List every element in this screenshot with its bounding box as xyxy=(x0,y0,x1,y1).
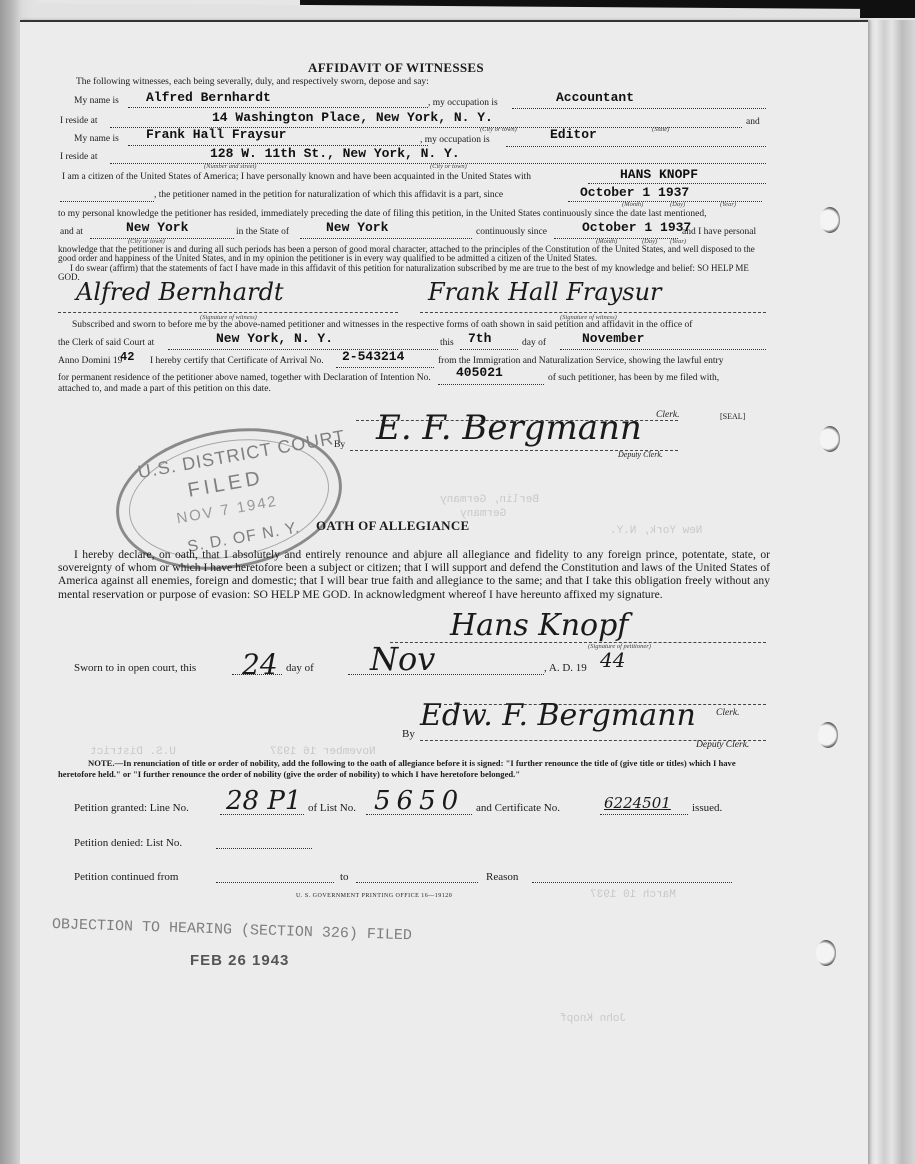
label-sworn: Sworn to in open court, this xyxy=(74,662,196,674)
petitioner-statement: , the petitioner named in the petition f… xyxy=(154,190,503,200)
caption-state-1: (State) xyxy=(652,126,669,133)
citizen-statement: I am a citizen of the United States of A… xyxy=(62,172,531,182)
witness2-occupation: Editor xyxy=(550,127,597,142)
punch-hole-4 xyxy=(816,940,836,966)
bleed-through-city: Berlin, Germany xyxy=(440,494,539,506)
label-clerk-at: the Clerk of said Court at xyxy=(58,338,154,348)
label-of-list: of List No. xyxy=(308,802,356,814)
known-since-date: October 1 1937 xyxy=(580,185,689,200)
label-by-2: By xyxy=(402,728,415,740)
resided-since-date: October 1 1937 xyxy=(582,220,691,235)
label-this: this xyxy=(440,338,454,348)
residence-statement: to my personal knowledge the petitioner … xyxy=(58,209,706,219)
granted-line-no: 28 P1 xyxy=(226,786,301,816)
label-day-of: day of xyxy=(522,338,546,348)
objection-stamp: OBJECTION TO HEARING (SECTION 326) FILED xyxy=(52,916,412,944)
bleed-through-ny: New York, N.Y. xyxy=(610,525,702,537)
label-seal: [SEAL] xyxy=(720,412,745,421)
label-anno-domini: Anno Domini 19 xyxy=(58,356,122,366)
witness2-signature: Frank Hall Fraysur xyxy=(428,278,662,306)
label-to: to xyxy=(340,871,349,883)
label-ad: , A. D. 19 xyxy=(544,662,587,674)
label-deputy-clerk-2: Deputy Clerk. xyxy=(696,740,749,750)
bleed-through-date2: March 10 1937 xyxy=(590,889,676,901)
subscribed-month: November xyxy=(582,331,644,346)
label-occupation-1: , my occupation is xyxy=(428,98,498,108)
granted-list-no: 5650 xyxy=(374,786,464,816)
petitioner-name: HANS KNOPF xyxy=(620,167,698,182)
bleed-through-name: John Knopf xyxy=(560,1013,626,1025)
label-clerk-1: Clerk. xyxy=(656,410,679,420)
declaration-no: 405021 xyxy=(456,365,503,380)
subscribed-statement: Subscribed and sworn to before me by the… xyxy=(72,320,692,330)
label-petition-granted: Petition granted: Line No. xyxy=(74,802,189,814)
label-issued: issued. xyxy=(692,802,722,814)
label-reside-2: I reside at xyxy=(60,152,97,162)
label-reside-1: I reside at xyxy=(60,116,97,126)
certify-statement: I hereby certify that Certificate of Arr… xyxy=(150,356,324,366)
label-personal: and I have personal xyxy=(682,227,756,237)
punch-hole-3 xyxy=(818,722,838,748)
label-occupation-2: , my occupation is xyxy=(420,135,490,145)
caption-month-1: (Month) xyxy=(622,201,643,208)
affidavit-intro: The following witnesses, each being seve… xyxy=(76,77,429,87)
certificate-no: 6224501 xyxy=(604,794,671,812)
caption-day-1: (Day) xyxy=(670,201,685,208)
bleed-through-date1: November 16 1937 xyxy=(270,746,376,758)
bleed-through-district: U.S. District xyxy=(90,746,176,758)
label-clerk-2: Clerk. xyxy=(716,708,739,718)
label-and: and xyxy=(746,117,760,127)
witness2-name: Frank Hall Fraysur xyxy=(146,127,286,142)
subscribed-year: 42 xyxy=(120,350,134,364)
affidavit-title: AFFIDAVIT OF WITNESSES xyxy=(308,60,484,76)
declaration-statement: for permanent residence of the petitione… xyxy=(58,373,431,383)
witness1-address: 14 Washington Place, New York, N. Y. xyxy=(212,110,493,125)
residence-city: New York xyxy=(126,220,188,235)
clerk-signature: E. F. Bergmann xyxy=(376,408,642,448)
residence-state: New York xyxy=(326,220,388,235)
label-petition-continued: Petition continued from xyxy=(74,871,178,883)
naturalization-petition-page: Berlin, Germany Germany New York, N.Y. N… xyxy=(20,20,868,1164)
caption-city-1: (City or town) xyxy=(480,126,517,133)
arrival-certificate-no: 2-543214 xyxy=(342,349,404,364)
punch-hole-2 xyxy=(820,426,840,452)
page-stack-edges xyxy=(868,20,915,1164)
label-day-of-2: day of xyxy=(286,662,314,674)
label-continuously-since: continuously since xyxy=(476,227,547,237)
sworn-year: 44 xyxy=(600,648,625,672)
witness1-signature: Alfred Bernhardt xyxy=(76,278,284,306)
attached-statement: attached to, and made a part of this pet… xyxy=(58,384,271,394)
declaration-statement-2: of such petitioner, has been by me filed… xyxy=(548,373,719,383)
punch-hole-1 xyxy=(820,207,840,233)
caption-city-2: (City or town) xyxy=(430,163,467,170)
nobility-note: NOTE.—In renunciation of title or order … xyxy=(58,758,770,779)
witness2-address: 128 W. 11th St., New York, N. Y. xyxy=(210,146,460,161)
oath-text: I hereby declare, on oath, that I absolu… xyxy=(58,548,770,601)
oath-title: OATH OF ALLEGIANCE xyxy=(316,518,469,534)
label-petition-denied: Petition denied: List No. xyxy=(74,837,182,849)
caption-year-1: (Year) xyxy=(720,201,736,208)
caption-number-street: (Number and street) xyxy=(204,163,256,170)
sworn-month: Nov xyxy=(370,640,435,678)
printer-imprint: U. S. GOVERNMENT PRINTING OFFICE 16—1912… xyxy=(296,893,452,899)
deputy-clerk-signature: Edw. F. Bergmann xyxy=(420,698,696,733)
label-certificate-no: and Certificate No. xyxy=(476,802,560,814)
court-location: New York, N. Y. xyxy=(216,331,333,346)
subscribed-day: 7th xyxy=(468,331,491,346)
petitioner-signature: Hans Knopf xyxy=(450,608,628,643)
character-statement: knowledge that the petitioner is and dur… xyxy=(58,245,768,263)
witness1-occupation: Accountant xyxy=(556,90,634,105)
label-my-name-2: My name is xyxy=(74,134,119,144)
label-and-at: and at xyxy=(60,227,83,237)
label-deputy-clerk-1: Deputy Clerk. xyxy=(618,450,663,459)
objection-date-stamp: FEB 26 1943 xyxy=(190,952,289,969)
label-reason: Reason xyxy=(486,871,518,883)
witness1-name: Alfred Bernhardt xyxy=(146,90,271,105)
label-in-state: in the State of xyxy=(236,227,289,237)
label-my-name-1: My name is xyxy=(74,96,119,106)
sworn-day: 24 xyxy=(242,648,278,681)
